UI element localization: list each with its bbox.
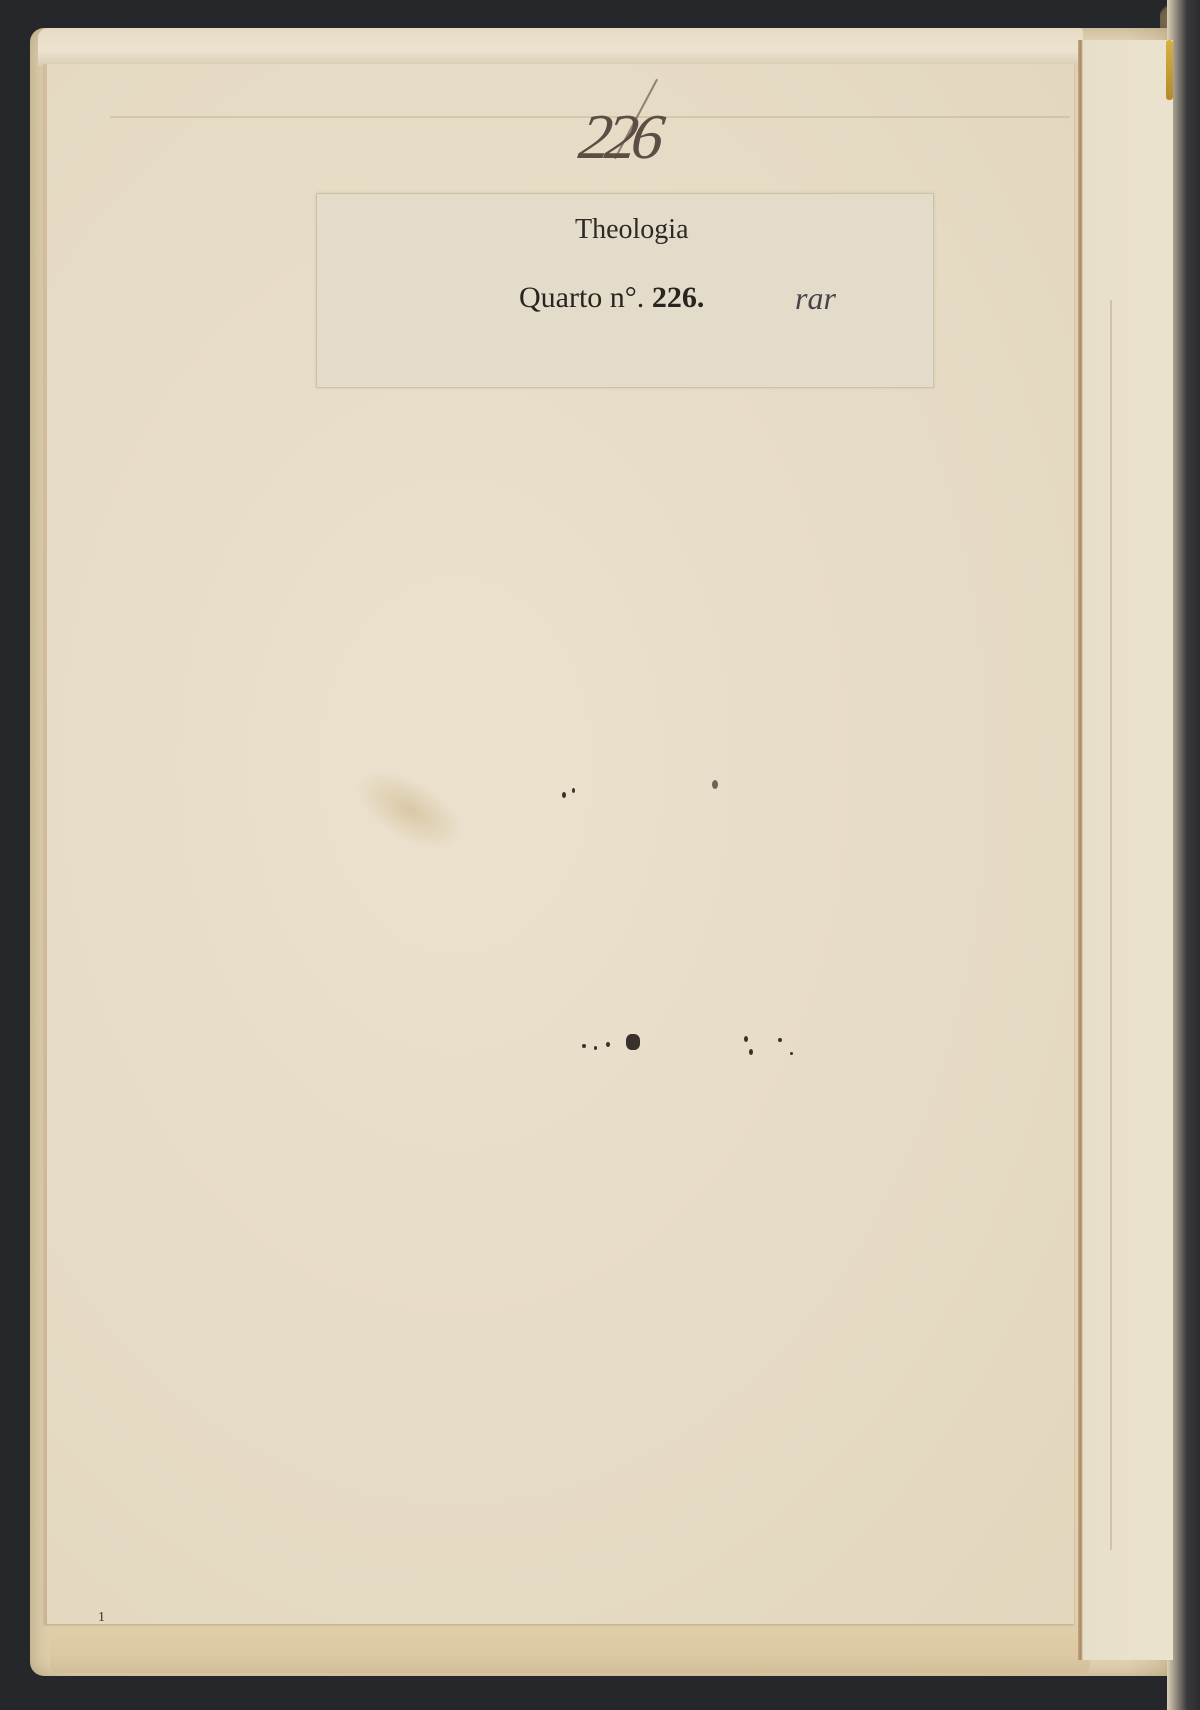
offset-ink-mark bbox=[606, 1042, 610, 1047]
paper-crease-vertical bbox=[1110, 300, 1112, 1550]
label-format: Quarto n°. bbox=[519, 281, 644, 314]
offset-ink-mark bbox=[790, 1052, 793, 1055]
ink-speck bbox=[562, 792, 566, 798]
library-label: Theologia Quarto n°. 226. rar bbox=[316, 193, 934, 388]
handwritten-rar-note: rar bbox=[795, 280, 836, 317]
offset-ink-mark bbox=[582, 1044, 586, 1048]
ink-speck bbox=[712, 780, 718, 789]
paper-left-edge bbox=[44, 64, 47, 1624]
offset-ink-mark bbox=[749, 1049, 753, 1055]
ink-speck bbox=[572, 788, 575, 793]
offset-ink-mark bbox=[744, 1036, 748, 1042]
offset-ink-mark bbox=[778, 1038, 782, 1042]
label-number: 226. bbox=[652, 281, 705, 314]
handwritten-shelfmark: 226 bbox=[575, 100, 663, 174]
offset-ink-blot bbox=[626, 1034, 640, 1050]
flyleaf-edge bbox=[1078, 40, 1173, 1660]
sewing-thread bbox=[1166, 40, 1173, 100]
corner-mark: 1 bbox=[98, 1610, 105, 1626]
label-subject: Theologia bbox=[575, 214, 689, 246]
offset-ink-mark bbox=[594, 1046, 597, 1050]
vellum-top-turn-in bbox=[38, 28, 1083, 66]
label-shelf-number: Quarto n°. 226. bbox=[519, 281, 704, 315]
